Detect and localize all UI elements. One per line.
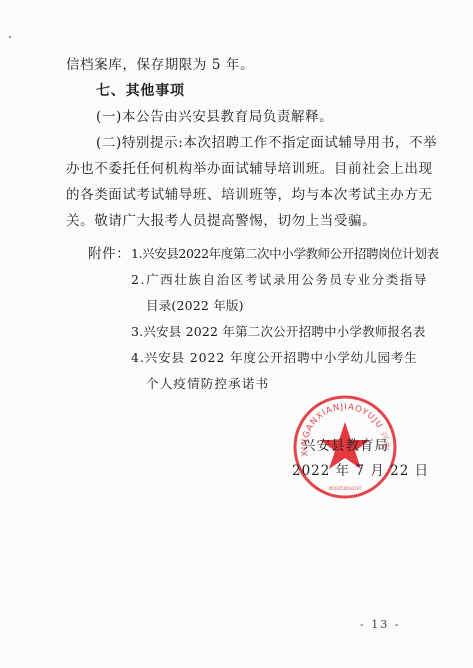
svg-text:4503250010197: 4503250010197 [328, 486, 362, 491]
signature-org: 兴安县教育局 [302, 434, 389, 454]
paragraph-line: 信档案库，保存期限为 5 年。 [66, 56, 254, 74]
attachment-item: 3.兴安县 2022 年第二次公开招聘中小学教师报名表 [131, 323, 426, 341]
paragraph-line: 的各类面试考试辅导班、培训班等，均与本次考试主办方无 [66, 186, 433, 204]
section-heading: 七、其他事项 [96, 82, 185, 100]
page-number: - 13 - [360, 618, 400, 631]
scan-speck [9, 36, 11, 38]
paragraph-line: (二)特别提示:本次招聘工作不指定面试辅导用书，不举 [96, 134, 437, 152]
document-page: 信档案库，保存期限为 5 年。 七、其他事项 (一)本公告由兴安县教育局负责解释… [0, 0, 473, 668]
attachment-item: 4.兴安县 2022 年度公开招聘中小学幼儿园考生 [131, 349, 418, 367]
attachment-item-continued: 个人疫情防控承诺书 [146, 375, 269, 393]
paragraph-line: 办也不委托任何机构举办面试辅导培训班。目前社会上出现 [66, 160, 433, 178]
attachment-item: 1.兴安县2022年度第二次中小学教师公开招聘岗位计划表 [131, 245, 439, 263]
attachment-item: 2.广西壮族自治区考试录用公务员专业分类指导 [131, 271, 428, 289]
attachments-label: 附件： [88, 245, 130, 263]
attachment-item-continued: 目录(2022 年版) [146, 297, 244, 315]
paragraph-line: (一)本公告由兴安县教育局负责解释。 [96, 108, 333, 126]
paragraph-line: 关。敬请广大报考人员提高警惕，切勿上当受骗。 [66, 212, 376, 230]
signature-date: 2022 年 7 月 22 日 [292, 459, 429, 479]
